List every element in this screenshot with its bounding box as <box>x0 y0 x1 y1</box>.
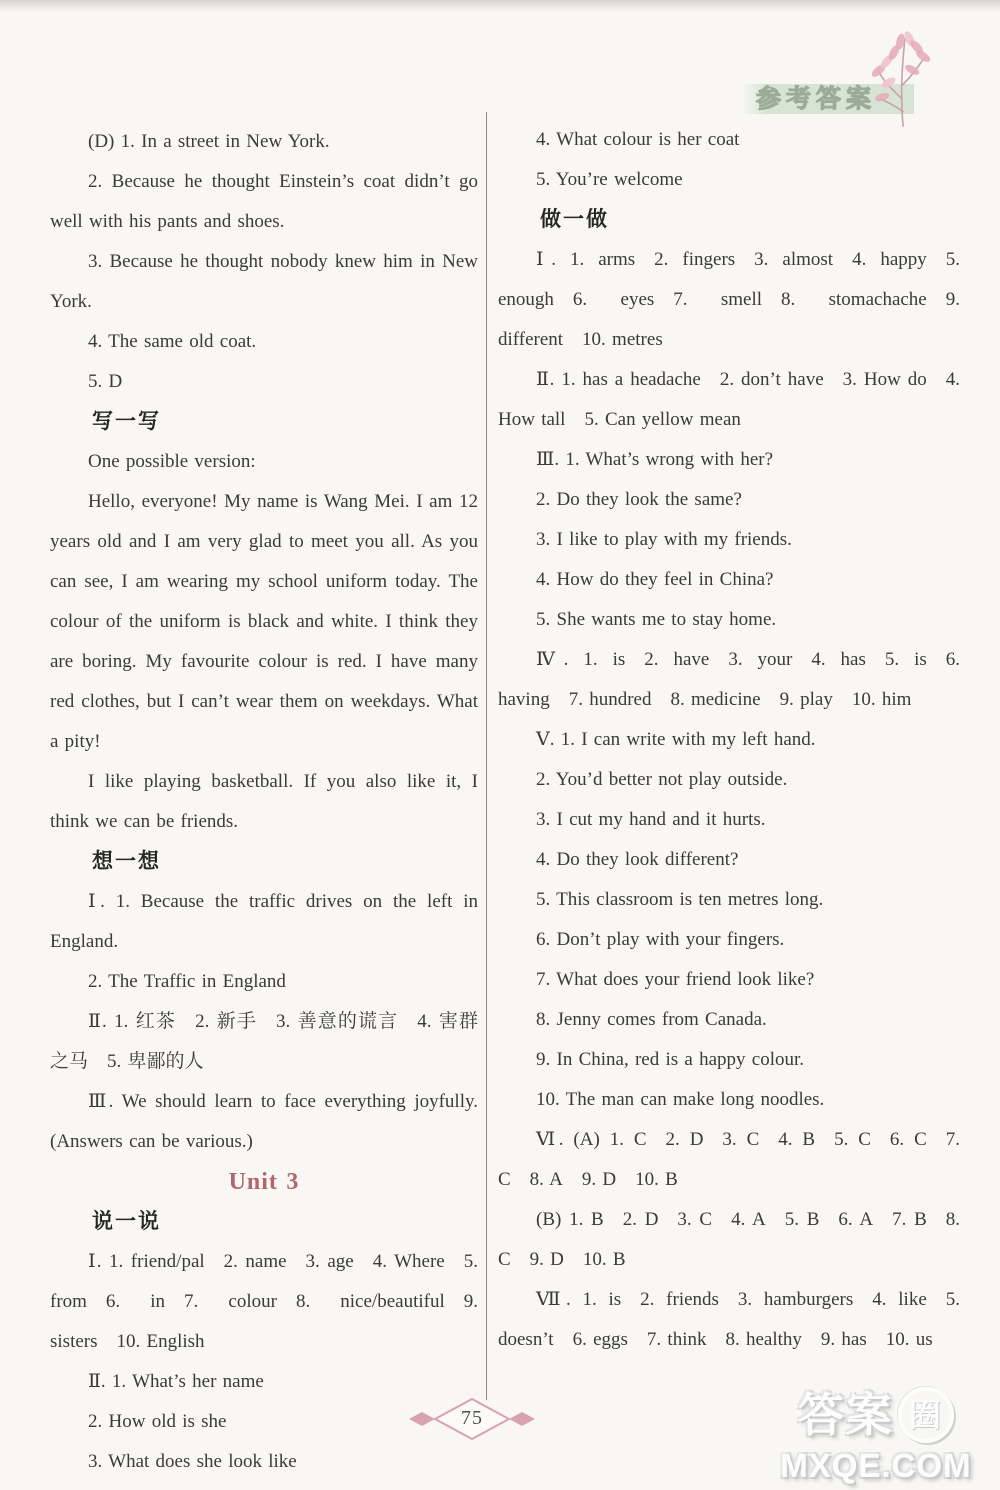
answer-paragraph: 3. I like to play with my friends. <box>498 520 960 560</box>
answer-paragraph: Ⅰ. 1. friend/pal 2. name 3. age 4. Where… <box>50 1242 478 1362</box>
answer-paragraph: One possible version: <box>50 442 478 482</box>
answer-paragraph: 5. You’re welcome <box>498 160 960 200</box>
answer-paragraph: 5. This classroom is ten metres long. <box>498 880 960 920</box>
section-heading: 想一想 <box>50 842 478 882</box>
answer-paragraph: 3. Because he thought nobody knew him in… <box>50 242 478 322</box>
answers-right-column: 4. What colour is her coat5. You’re welc… <box>498 120 960 1360</box>
answer-paragraph: 2. You’d better not play outside. <box>498 760 960 800</box>
answer-paragraph: Hello, everyone! My name is Wang Mei. I … <box>50 482 478 762</box>
answer-paragraph: (B) 1. B 2. D 3. C 4. A 5. B 6. A 7. B 8… <box>498 1200 960 1280</box>
answer-paragraph: Ⅱ. 1. has a headache 2. don’t have 3. Ho… <box>498 360 960 440</box>
answer-paragraph: Ⅴ. 1. I can write with my left hand. <box>498 720 960 760</box>
section-heading: 写一写 <box>50 402 478 442</box>
answer-paragraph: 4. How do they feel in China? <box>498 560 960 600</box>
answer-paragraph: Ⅲ. We should learn to face everything jo… <box>50 1082 478 1162</box>
answer-paragraph: Ⅵ. (A) 1. C 2. D 3. C 4. B 5. C 6. C 7. … <box>498 1120 960 1200</box>
answer-paragraph: Ⅰ. 1. Because the traffic drives on the … <box>50 882 478 962</box>
answer-paragraph: 5. She wants me to stay home. <box>498 600 960 640</box>
watermark-brand-text: 答案 <box>798 1392 894 1438</box>
section-heading: 做一做 <box>498 200 960 240</box>
page-number-footer: 75 <box>397 1396 547 1442</box>
answers-left-column: (D) 1. In a street in New York.2. Becaus… <box>50 122 478 1482</box>
answer-paragraph: 2. The Traffic in England <box>50 962 478 1002</box>
watermark: 答案圈 MXQE.COM <box>756 1387 996 1482</box>
answer-paragraph: Ⅱ. 1. 红茶 2. 新手 3. 善意的谎言 4. 害群之马 5. 卑鄙的人 <box>50 1002 478 1082</box>
unit-heading: Unit 3 <box>50 1162 478 1202</box>
answer-paragraph: 3. I cut my hand and it hurts. <box>498 800 960 840</box>
answer-key-page: 参考答案 (D) 1. In a street in New York.2. B… <box>0 0 1000 1490</box>
flower-icon <box>846 28 942 128</box>
watermark-brand: 答案圈 <box>756 1387 996 1443</box>
answer-paragraph: 4. The same old coat. <box>50 322 478 362</box>
watermark-site: MXQE.COM <box>756 1449 996 1482</box>
answer-paragraph: Ⅲ. 1. What’s wrong with her? <box>498 440 960 480</box>
answer-paragraph: (D) 1. In a street in New York. <box>50 122 478 162</box>
watermark-circle-icon: 圈 <box>898 1387 954 1443</box>
answer-paragraph: 2. Because he thought Einstein’s coat di… <box>50 162 478 242</box>
answer-paragraph: 5. D <box>50 362 478 402</box>
answer-paragraph: 3. What does she look like <box>50 1442 478 1482</box>
answer-paragraph: Ⅳ. 1. is 2. have 3. your 4. has 5. is 6.… <box>498 640 960 720</box>
answer-paragraph: Ⅰ. 1. arms 2. fingers 3. almost 4. happy… <box>498 240 960 360</box>
answer-paragraph: 2. Do they look the same? <box>498 480 960 520</box>
answer-paragraph: I like playing basketball. If you also l… <box>50 762 478 842</box>
section-heading: 说一说 <box>50 1202 478 1242</box>
answer-paragraph: 10. The man can make long noodles. <box>498 1080 960 1120</box>
answer-paragraph: Ⅶ. 1. is 2. friends 3. hamburgers 4. lik… <box>498 1280 960 1360</box>
answer-paragraph: 7. What does your friend look like? <box>498 960 960 1000</box>
page-number: 75 <box>397 1407 547 1430</box>
answer-paragraph: 4. Do they look different? <box>498 840 960 880</box>
answer-paragraph: 6. Don’t play with your fingers. <box>498 920 960 960</box>
column-divider <box>486 112 487 1400</box>
answer-paragraph: 8. Jenny comes from Canada. <box>498 1000 960 1040</box>
answer-paragraph: 9. In China, red is a happy colour. <box>498 1040 960 1080</box>
